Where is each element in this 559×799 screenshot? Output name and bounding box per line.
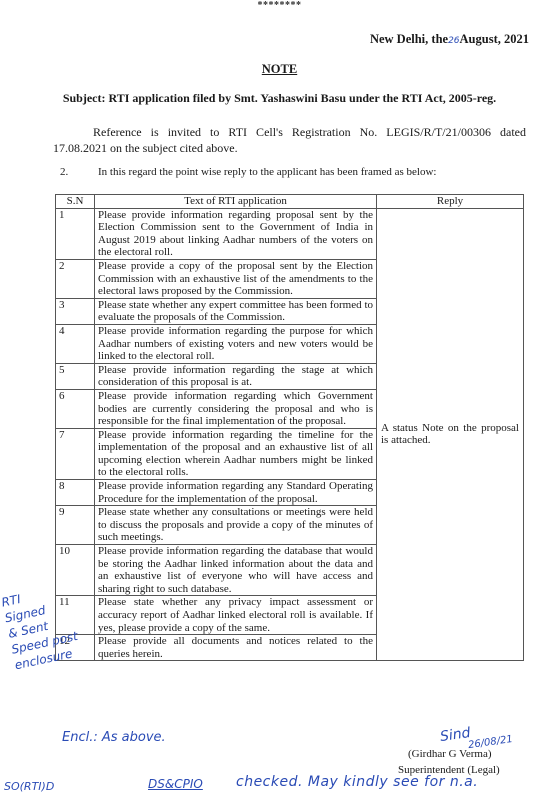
row-text: Please provide information regarding any… bbox=[95, 480, 377, 506]
row-text: Please provide information regarding the… bbox=[95, 324, 377, 363]
note-title: NOTE bbox=[0, 62, 559, 77]
row-sn: 8 bbox=[56, 480, 95, 506]
paragraph-number: 2. bbox=[60, 166, 98, 178]
handwritten-rti-stamp: SO(RTI)D bbox=[4, 780, 54, 793]
row-text: Please provide a copy of the proposal se… bbox=[95, 259, 377, 298]
row-sn: 9 bbox=[56, 506, 95, 545]
signatory-name: (Girdhar G Verma) bbox=[408, 748, 492, 760]
row-text: Please provide information regarding the… bbox=[95, 545, 377, 596]
handwritten-day: 26 bbox=[448, 36, 459, 46]
row-text: Please state whether any consultations o… bbox=[95, 506, 377, 545]
handwritten-ds-cpio: DS&CPIO bbox=[148, 777, 203, 791]
separator-stars: ******** bbox=[0, 0, 559, 11]
row-text: Please provide information regarding pro… bbox=[95, 208, 377, 259]
subject-line: Subject: RTI application filed by Smt. Y… bbox=[0, 91, 559, 106]
row-text: Please provide information regarding the… bbox=[95, 428, 377, 479]
table-header-row: S.N Text of RTI application Reply bbox=[56, 195, 524, 209]
header-text: Text of RTI application bbox=[95, 195, 377, 209]
place-suffix: August, 2021 bbox=[460, 32, 529, 46]
reference-paragraph: Reference is invited to RTI Cell's Regis… bbox=[53, 124, 526, 156]
row-text: Please provide information regarding whi… bbox=[95, 389, 377, 428]
handwritten-checked-note: checked. May kindly see for n.a. bbox=[236, 774, 478, 790]
row-sn: 6 bbox=[56, 389, 95, 428]
row-sn: 4 bbox=[56, 324, 95, 363]
signature-scribble: Sind bbox=[439, 725, 471, 745]
row-sn: 7 bbox=[56, 428, 95, 479]
row-sn: 2 bbox=[56, 259, 95, 298]
header-reply: Reply bbox=[377, 195, 524, 209]
place-date-line: New Delhi, the26August, 2021 bbox=[370, 32, 529, 47]
place-prefix: New Delhi, the bbox=[370, 32, 448, 46]
rti-reply-table: S.N Text of RTI application Reply 1Pleas… bbox=[55, 194, 524, 661]
paragraph-text: In this regard the point wise reply to t… bbox=[98, 166, 436, 178]
row-sn: 3 bbox=[56, 298, 95, 324]
row-sn: 1 bbox=[56, 208, 95, 259]
header-sn: S.N bbox=[56, 195, 95, 209]
row-text: Please provide all documents and notices… bbox=[95, 635, 377, 661]
reply-intro-paragraph: 2.In this regard the point wise reply to… bbox=[60, 166, 436, 178]
table-row: 1Please provide information regarding pr… bbox=[56, 208, 524, 259]
row-sn: 5 bbox=[56, 363, 95, 389]
row-text: Please state whether any privacy impact … bbox=[95, 596, 377, 635]
row-text: Please provide information regarding the… bbox=[95, 363, 377, 389]
reply-cell: A status Note on the proposal is attache… bbox=[377, 208, 524, 661]
handwritten-enclosure: Encl.: As above. bbox=[62, 730, 166, 745]
row-text: Please state whether any expert committe… bbox=[95, 298, 377, 324]
